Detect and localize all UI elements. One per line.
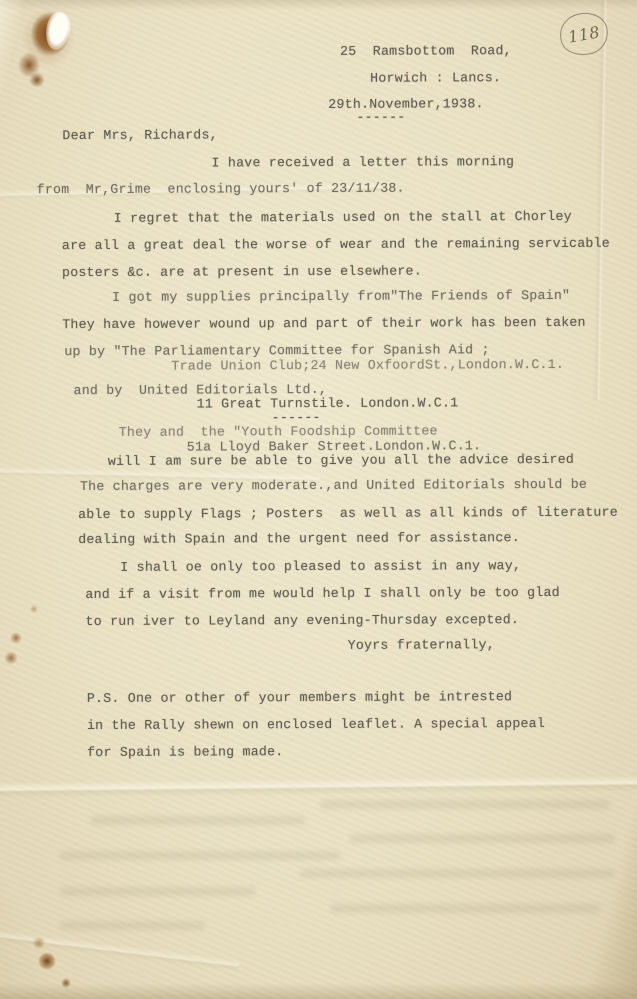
letter-line: are all a great deal the worse of wear a…: [62, 236, 610, 253]
letter-line: They and the "Youth Foodship Committee: [119, 423, 438, 439]
letter-line: I got my supplies principally from"The F…: [112, 288, 570, 305]
postscript-line: for Spain is being made.: [87, 744, 283, 760]
letter-line: I have received a letter this morning: [211, 154, 514, 170]
letter-line: to run iver to Leyland any evening-Thurs…: [85, 612, 519, 629]
letter-line: The charges are very moderate.,and Unite…: [80, 477, 587, 494]
typed-rule: ------: [356, 110, 405, 125]
letter-scan-paper: 118 25 Ramsbottom Road, Horwich : Lancs.…: [0, 0, 637, 999]
letter-line: I shall oe only too pleased to assist in…: [120, 558, 521, 575]
signoff: Yoyrs fraternally,: [348, 637, 495, 653]
postscript-line: P.S. One or other of your members might …: [87, 689, 512, 706]
salutation: Dear Mrs, Richards,: [62, 127, 217, 143]
letter-line: and if a visit from me would help I shal…: [85, 585, 559, 602]
letter-line: I regret that the materials used on the …: [114, 209, 572, 226]
letter-line: dealing with Spain and the urgent need f…: [78, 530, 520, 547]
letter-line: posters &c. are at present in use elsewh…: [62, 264, 422, 281]
letter-text-layer: 25 Ramsbottom Road, Horwich : Lancs. 29t…: [0, 0, 637, 999]
letter-line: 11 Great Turnstile. London.W.C.1: [197, 395, 459, 411]
postscript-line: in the Rally shewn on enclosed leaflet. …: [87, 716, 545, 733]
letter-line: from Mr,Grime enclosing yours' of 23/11/…: [37, 181, 405, 198]
letter-line: will I am sure be able to give you all t…: [108, 452, 574, 469]
date-line: 29th.November,1938.: [328, 96, 483, 112]
address-line: 25 Ramsbottom Road,: [340, 43, 512, 59]
address-line: Horwich : Lancs.: [370, 70, 501, 86]
typed-rule: ------: [272, 410, 321, 425]
letter-line: They have however wound up and part of t…: [62, 315, 586, 332]
letter-line: able to supply Flags ; Posters as well a…: [78, 505, 618, 522]
letter-line: Trade Union Club;24 New OxfoordSt.,Londo…: [171, 357, 564, 374]
